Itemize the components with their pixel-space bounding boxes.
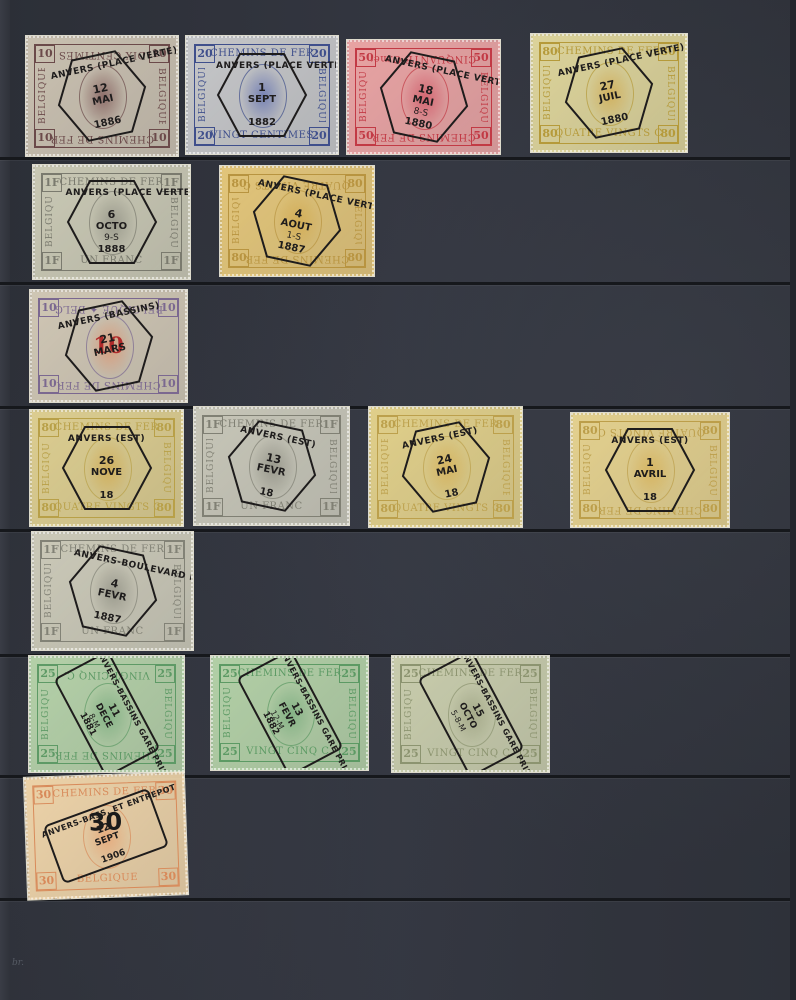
postmark-town: ANVERS (EST): [604, 436, 696, 446]
postmark-cancel: ANVERS (BASSINS)21MARS: [54, 293, 162, 398]
postmark-year: 1888: [66, 244, 158, 255]
page-left-edge: [0, 0, 10, 1000]
stamp-s8: 80808080CHEMINS DE FERQUATRE VINGTS C.me…: [30, 410, 183, 526]
stamp-s5: 1F1F1F1FCHEMINS DE FERUN FRANCBELGIQUEBE…: [33, 165, 190, 279]
postmark-cancel: ANVERS (EST)26NOVE18: [61, 424, 153, 512]
stamp-side-inscription: BELGIQUE: [703, 445, 717, 495]
strip-divider: [0, 898, 790, 901]
stockpage-background: 10101010DIX CENTIMESCHEMINS DE FERBELGIQ…: [0, 0, 796, 1000]
postmark-cancel: ANVERS (PLACE VERTE)12MAI1886: [48, 43, 156, 148]
postmark-town: ANVERS (EST): [61, 434, 153, 444]
stamp-side-inscription: BELGIQUE: [223, 688, 237, 738]
stamp-s9: 1F1F1F1FCHEMINS DE FERUN FRANCBELGIQUEBE…: [194, 407, 349, 525]
stamp-s12: 1F1F1F1FCHEMINS DE FERUN FRANCBELGIQUEBE…: [32, 532, 193, 650]
stamp-s4: 80808080CHEMINS DE FERQUATRE VINGTS C.me…: [531, 34, 687, 152]
stamp-s16: 30303030CHEMINS DE FERBELGIQUE30ANVERS-B…: [24, 772, 188, 900]
page-right-edge: [790, 0, 796, 1000]
postmark-day: 6: [66, 208, 158, 221]
stamp-side-inscription: BELGIQUE: [152, 68, 166, 124]
pencil-note: br.: [12, 958, 24, 968]
postmark-month: OCTO: [66, 221, 158, 232]
stamp-s6: 80808080QUATRE VINGTS C.mesCHEMINS DE FE…: [220, 166, 374, 276]
stamp-side-inscription: BELGIQUE: [381, 439, 395, 495]
stamp-side-inscription: BELGIQUE: [42, 442, 56, 494]
stamp-side-inscription: BELGIQUE: [404, 688, 418, 740]
postmark-cancel: ANVERS (PLACE VERTE)1SEPT1882: [216, 51, 308, 139]
postmark-cancel: ANVERS (EST)1AVRIL18: [604, 426, 696, 514]
stamp-side-inscription: BELGIQUE: [523, 688, 537, 740]
postmark-day: 1: [216, 81, 308, 94]
postmark-cancel: ANVERS (PLACE VERTE)18MAI8-S1880: [369, 44, 477, 149]
postmark-year: 1882: [216, 117, 308, 128]
postmark-cancel: ANVERS-BOULEVARD LEOPOLD4FEVR1887: [58, 538, 166, 643]
stamp-side-inscription: BELGIQUE: [157, 442, 171, 494]
stamp-side-inscription: BELGIQUE: [206, 439, 220, 493]
stamp-s3: 50505050CINQUANTE C.mesCHEMINS DE FERBEL…: [347, 40, 500, 154]
stamp-s15: 25252525CHEMINS DE FERVINGT CINQ C.BELGI…: [392, 656, 549, 772]
postmark-month: AVRIL: [604, 469, 696, 480]
postmark-cancel: ANVERS (PLACE VERTE)27JUIL1880: [555, 40, 663, 145]
stamp-side-inscription: BELGIQUE: [232, 198, 246, 244]
stamp-side-inscription: BELGIQUE: [312, 68, 326, 122]
stamp-side-inscription: BELGIQUE: [359, 72, 373, 122]
postmark-cancel: ANVERS (PLACE VERTE)4AOUT1-S1887: [243, 168, 351, 273]
postmark-day: 1: [604, 456, 696, 469]
postmark-month: SEPT: [216, 94, 308, 105]
postmark-year: 18: [61, 490, 153, 501]
stamp-side-inscription: BELGIQUE: [496, 439, 510, 495]
stamp-side-inscription: BELGIQUE: [323, 439, 337, 493]
strip-divider: [0, 282, 790, 285]
stamp-side-inscription: BELGIQUE: [41, 688, 55, 740]
stamp-s7: 10101010BELGIQUE ✦ BELGIECHEMINS DE FER1…: [30, 290, 187, 402]
stamp-side-inscription: BELGIQUE: [44, 564, 58, 618]
postmark-town: ANVERS (PLACE VERTE): [66, 188, 158, 198]
stamp-side-inscription: BELGIQUE: [158, 688, 172, 740]
postmark-month: NOVE: [61, 467, 153, 478]
stamp-s10: 80808080CHEMINS DE FERQUATRE VINGTS C.me…: [369, 407, 522, 527]
postmark-year: 18: [604, 492, 696, 503]
stamp-side-inscription: BELGIQUE: [164, 197, 178, 247]
stamp-s11: 80808080QUATRE VINGTS C.mesCHEMINS DE FE…: [571, 413, 729, 527]
stamp-s14: 25252525CHEMINS DE FERVINGT CINQ C.BELGI…: [211, 656, 368, 770]
stamp-s1: 10101010DIX CENTIMESCHEMINS DE FERBELGIQ…: [26, 36, 178, 156]
postmark-time: 9-S: [66, 233, 158, 243]
postmark-cancel: ANVERS (PLACE VERTE)6OCTO9-S1888: [66, 178, 158, 266]
stamp-side-inscription: BELGIQUE: [342, 688, 356, 738]
stamp-s13: 25252525VINGT CINQ C.CHEMINS DE FERBELGI…: [29, 656, 184, 772]
stamp-side-inscription: BELGIQUE: [543, 66, 557, 120]
stamp-side-inscription: BELGIQUE: [45, 197, 59, 247]
stamp-side-inscription: BELGIQUE: [583, 445, 597, 495]
strip-divider: [0, 157, 790, 160]
postmark-town: ANVERS (PLACE VERTE): [216, 61, 308, 71]
postmark-cancel: ANVERS (EST)13FEVR18: [217, 413, 325, 518]
postmark-cancel: ANVERS (EST)24MAI18: [391, 414, 499, 519]
postmark-day: 26: [61, 454, 153, 467]
stamp-side-inscription: BELGIQUE: [661, 66, 675, 120]
stamp-s2: 20202020CHEMINS DE FERVINGT CENTIMESBELG…: [186, 36, 338, 154]
stamp-side-inscription: BELGIQUE: [198, 68, 212, 122]
